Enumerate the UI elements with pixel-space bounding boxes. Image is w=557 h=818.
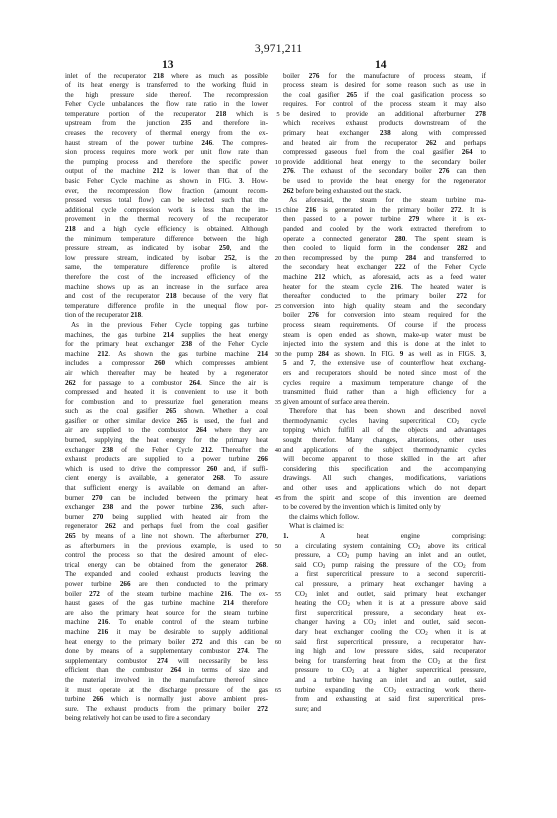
text-line: burner 270 can be included between the p… <box>65 494 268 504</box>
text-line: for the primary heat exchanger 238 of th… <box>65 340 268 350</box>
text-line: machine 216 it may be desirable to suppl… <box>65 628 268 638</box>
text-line: and heated air from the recuperator 262 … <box>283 139 486 149</box>
text-line: panded and cooled by the work extracted … <box>283 225 486 235</box>
text-line: heater for the steam cycle 216. The heat… <box>283 283 486 293</box>
text-line: inlet of the recuperator 218 where as mu… <box>65 72 268 82</box>
text-line: upstream from the junction 235 and there… <box>65 119 268 129</box>
text-line: a first supercritical pressure to a seco… <box>283 570 486 580</box>
text-line: the coal gasifier 265 if the coal gasifi… <box>283 91 486 101</box>
text-line: pressed versus total flow) can be select… <box>65 196 268 206</box>
text-line: to be covered by the invention which is … <box>283 503 486 513</box>
text-line: 1. A heat engine comprising: <box>283 532 486 542</box>
text-line: additional cycle compression work is les… <box>65 206 268 216</box>
text-line: the minimum temperature difference betwe… <box>65 235 268 245</box>
text-line: Therefore that has been shown and descri… <box>283 407 486 417</box>
text-line: heat energy to the primary boiler 272 an… <box>65 638 268 648</box>
text-line: sure. The exhaust products from the prim… <box>65 705 268 715</box>
text-line: provement in the thermal recovery of the… <box>65 215 268 225</box>
text-line: the high pressure side thereof. The reco… <box>65 91 268 101</box>
text-line: machine 216. To enable control of the st… <box>65 618 268 628</box>
text-line: 218 and a high cycle efficiency is obtai… <box>65 225 268 235</box>
text-line: gasifier or other similar device 265 is … <box>65 417 268 427</box>
text-line: 276. The exhaust of the secondary boiler… <box>283 167 486 177</box>
text-line: the material involved in the manufacture… <box>65 676 268 686</box>
text-line: As in the previous Feher Cycle topping g… <box>65 321 268 331</box>
text-line: it must operate at the discharge pressur… <box>65 686 268 696</box>
text-line: and other uses and applications which do… <box>283 484 486 494</box>
text-line: requires. For control of the process ste… <box>283 100 486 110</box>
text-line: be desired to provide an additional afte… <box>283 110 486 120</box>
text-line: as afterburners in the previous example,… <box>65 542 268 552</box>
text-line: and a turbine having an inlet and an out… <box>283 676 486 686</box>
text-line: boiler 276 for conversion into steam req… <box>283 311 486 321</box>
text-line: conversion into high quality steam and t… <box>283 302 486 312</box>
text-line: compressed gaseous fuel from the coal ga… <box>283 148 486 158</box>
text-line: said first supercritical pressure, a rec… <box>283 638 486 648</box>
text-line: exchanger 238 and the power turbine 236,… <box>65 503 268 513</box>
column-number-right: 14 <box>375 59 387 71</box>
text-line: pressure to CO2 at a higher supercritica… <box>283 666 486 676</box>
text-line: haust stream of the power turbine 246. T… <box>65 139 268 149</box>
text-line: machine 212. As shown the gas turbine ma… <box>65 350 268 360</box>
text-line: done by means of a supplementary combust… <box>65 647 268 657</box>
patent-number: 3,971,211 <box>0 43 557 55</box>
text-line: steam is open ended as shown, make-up wa… <box>283 331 486 341</box>
text-line: such as the coal gasifier 265 shown. Whe… <box>65 407 268 417</box>
text-line: low pressure stream, indicated by isobar… <box>65 254 268 264</box>
text-line: the pump 284 as shown. In FIG. 9 as well… <box>283 350 486 360</box>
text-line: sought therefor. Many changes, alteratio… <box>283 436 486 446</box>
text-line: sure; and <box>283 705 486 715</box>
text-line: drawings. All such changes, modification… <box>283 474 486 484</box>
text-line: heating the CO2 when it is at a pressure… <box>283 599 486 609</box>
text-line: regenerator 262 and perhaps fuel from th… <box>65 522 268 532</box>
text-line: operate a connected generator 280. The s… <box>283 235 486 245</box>
text-line: 262 before being exhausted out the stack… <box>283 187 486 197</box>
text-line: topping which fulfill all of the objects… <box>283 426 486 436</box>
text-line: then passed to a power turbine 279 where… <box>283 215 486 225</box>
text-line: the pumping process and therefore the sp… <box>65 158 268 168</box>
text-line: being for transferring heat from the CO2… <box>283 657 486 667</box>
text-line: As aforesaid, the steam for the steam tu… <box>283 196 486 206</box>
text-line: thermodynamic cycles having supercritica… <box>283 417 486 427</box>
text-line: turbine 266 which is normally just above… <box>65 695 268 705</box>
text-line: turbine expanding the CO2 extracting wor… <box>283 686 486 696</box>
text-line: ers and recuperators should be noted sin… <box>283 369 486 379</box>
text-line: haust gases of the gas turbine machine 2… <box>65 599 268 609</box>
text-line: process steam requirements. Of course if… <box>283 321 486 331</box>
text-line: includes a compressor 260 which compress… <box>65 359 268 369</box>
column-number-left: 13 <box>162 59 174 71</box>
text-line: sion process requires more work per unit… <box>65 148 268 158</box>
text-line: machine 212 which, as aforesaid, acts as… <box>283 273 486 283</box>
text-line: temperature portion of the recuperator 2… <box>65 110 268 120</box>
text-line: the claims which follow. <box>283 513 486 523</box>
text-line: considering this specification and the a… <box>283 465 486 475</box>
text-line: burner 270 being supplied with heated ai… <box>65 513 268 523</box>
text-line: that sufficient energy is available on d… <box>65 484 268 494</box>
text-line: basic Feher Cycle machine as shown in FI… <box>65 177 268 187</box>
text-line: pressure, a CO2 pump having an inlet and… <box>283 551 486 561</box>
text-line: tion of the recuperator 218. <box>65 311 268 321</box>
text-line: Feher Cycle unbalances the flow rate rat… <box>65 100 268 110</box>
text-line: creases the recovery of thermal energy f… <box>65 129 268 139</box>
text-line: air which thereafter may be heated by a … <box>65 369 268 379</box>
text-line: compressed and heated it is convenient t… <box>65 388 268 398</box>
text-line: output of the machine 212 is lower than … <box>65 167 268 177</box>
text-line: for combustion and to pressurize fuel ge… <box>65 398 268 408</box>
text-line: of its heat energy is transferred to the… <box>65 81 268 91</box>
text-line: What is claimed is: <box>283 522 486 532</box>
text-line: injected into the system and this is don… <box>283 340 486 350</box>
text-line: said CO2 pump raising the pressure of th… <box>283 561 486 571</box>
text-line: CO2 inlet and outlet, said primary heat … <box>283 590 486 600</box>
text-line: which receives exhaust products downstre… <box>283 119 486 129</box>
text-line: be used to provide the heat energy for t… <box>283 177 486 187</box>
text-line: machine shows up as an increase in the s… <box>65 283 268 293</box>
text-line: cal pressure, a primary heat exchanger h… <box>283 580 486 590</box>
text-line: chine 216 is generated in the primary bo… <box>283 206 486 216</box>
text-line: being relatively hot can be used to fire… <box>65 714 268 724</box>
text-line: temperature difference profile in the un… <box>65 302 268 312</box>
text-line: transmitted fluid rather than a high eff… <box>283 388 486 398</box>
text-line: changer having a CO2 inlet and outlet, s… <box>283 618 486 628</box>
text-line: therefore the cost of the increased effi… <box>65 273 268 283</box>
text-line: same, the temperature difference profile… <box>65 263 268 273</box>
text-line: the secondary heat exchanger 222 of the … <box>283 263 486 273</box>
text-line: air are supplied to the combustor 264 wh… <box>65 426 268 436</box>
text-line: machines, the gas turbine 214 supplies t… <box>65 331 268 341</box>
text-line: exchanger 238 of the Feher Cycle 212. Th… <box>65 446 268 456</box>
text-line: will become apparent to those skilled in… <box>283 455 486 465</box>
text-line: trical energy can be obtained from the g… <box>65 561 268 571</box>
text-line: thereafter conducted to the primary boil… <box>283 292 486 302</box>
text-line: cient energy is available, a generator 2… <box>65 474 268 484</box>
text-line: process steam is desired for some reason… <box>283 81 486 91</box>
text-line: supplementary combustor 274 will necessa… <box>65 657 268 667</box>
text-line: dary heat exchanger cooling the CO2 when… <box>283 628 486 638</box>
text-line: exhaust products are supplied to a power… <box>65 455 268 465</box>
text-line: then recompressed by the pump 284 and tr… <box>283 254 486 264</box>
text-line: boiler 276 for the manufacture of proces… <box>283 72 486 82</box>
text-line: given amount of surface area therein. <box>283 398 486 408</box>
text-line: 262 for passage to a combustor 264. Sinc… <box>65 379 268 389</box>
text-line: provide additional heat energy to the se… <box>283 158 486 168</box>
text-line: primary heat exchanger 238 along with co… <box>283 129 486 139</box>
left-text-column: inlet of the recuperator 218 where as mu… <box>65 72 268 724</box>
text-line: are also the primary heat source for the… <box>65 609 268 619</box>
text-line: from and exhausting at said first superc… <box>283 695 486 705</box>
text-line: which is used to drive the compressor 26… <box>65 465 268 475</box>
text-line: 5 and 7, the extensive use of counterflo… <box>283 359 486 369</box>
text-line: power turbine 266 are then conducted to … <box>65 580 268 590</box>
text-line: from the spirit and scope of this invent… <box>283 494 486 504</box>
text-line: control the process so that the desired … <box>65 551 268 561</box>
text-line: The expanded and cooled exhaust products… <box>65 570 268 580</box>
text-line: and applications of the subject thermody… <box>283 446 486 456</box>
text-line: and cost of the recuperator 218 because … <box>65 292 268 302</box>
text-line: burned, supplying the heat energy for th… <box>65 436 268 446</box>
text-line: then cooled to liquid form in the conden… <box>283 244 486 254</box>
text-line: first supercritical pressure, a secondar… <box>283 609 486 619</box>
text-line: a circulating system containing CO2 abov… <box>283 542 486 552</box>
text-line: 265 by means of a line not shown. The af… <box>65 532 268 542</box>
text-line: cycles require a maximum temperature cha… <box>283 379 486 389</box>
text-line: ing high and low pressure sides, said re… <box>283 647 486 657</box>
right-text-column: boiler 276 for the manufacture of proces… <box>283 72 486 715</box>
text-line: boiler 272 of the steam turbine machine … <box>65 590 268 600</box>
text-line: ever, the recompression flow fraction (a… <box>65 187 268 197</box>
text-line: efficient than the combustor 264 in term… <box>65 666 268 676</box>
text-line: pressure stream, as indicated by isobar … <box>65 244 268 254</box>
